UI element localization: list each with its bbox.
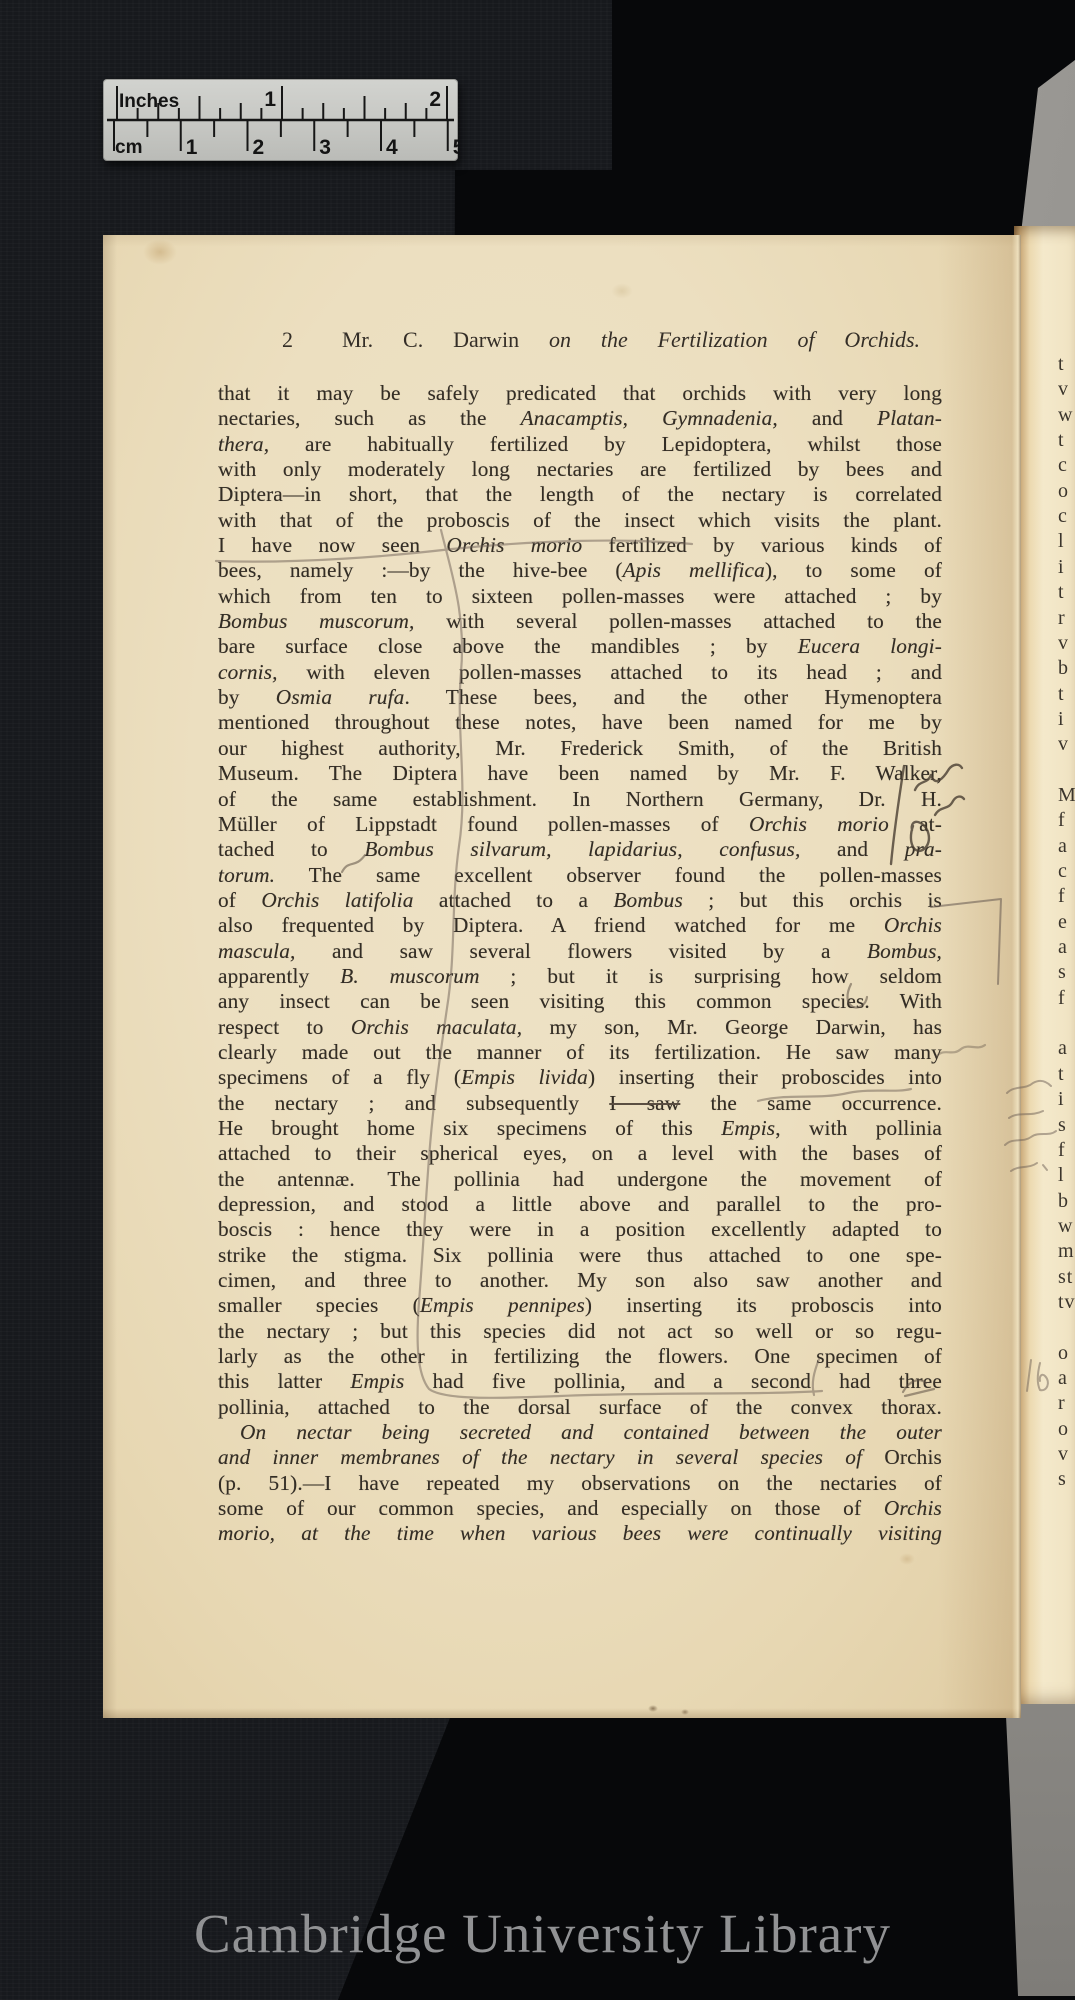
text-line: cornis, with eleven pollen-masses attach… [218, 660, 942, 685]
ruler-number: 1 [264, 88, 276, 111]
text-line: tached to Bombus silvarum, lapidarius, c… [218, 837, 942, 862]
text-line: of Orchis latifolia attached to a Bombus… [218, 888, 942, 913]
facing-page-partial-letter: w [1058, 405, 1075, 425]
facing-page-partial-letter: i [1058, 1089, 1075, 1109]
facing-page-partial-letter: f [1058, 810, 1075, 830]
facing-page-partial-letter: t [1058, 430, 1075, 450]
text-line: clearly made out the manner of its ferti… [218, 1040, 942, 1065]
facing-page-partial-letter: a [1058, 836, 1075, 856]
text-line: this latter Empis had five pollinia, and… [218, 1369, 942, 1394]
ruler-number: 1 [186, 136, 198, 159]
text-line: pollinia, attached to the dorsal surface… [218, 1395, 942, 1420]
text-line: bees, namely :—by the hive-bee (Apis mel… [218, 558, 942, 583]
text-line: larly as the other in fertilizing the fl… [218, 1344, 942, 1369]
facing-page-partial-letter: v [1058, 633, 1075, 653]
ruler-number: 2 [253, 136, 265, 159]
book-scan-stage: tvwtcoclitrvbtivMfacfeasfatisflbwmsttvoa… [0, 0, 1075, 2000]
facing-page-partial-letter: c [1058, 506, 1075, 526]
facing-page-partial-letter: o [1058, 481, 1075, 501]
text-line: I have now seen Orchis morio fertilized … [218, 533, 942, 558]
text-line: the antennæ. The pollinia had undergone … [218, 1167, 942, 1192]
text-line: smaller species (Empis pennipes) inserti… [218, 1293, 942, 1318]
facing-page-partial-letter: s [1058, 1115, 1075, 1135]
running-header: Mr. C. Darwin on the Fertilization of Or… [342, 327, 920, 353]
text-line: nectaries, such as the Anacamptis, Gymna… [218, 406, 942, 431]
text-line: that it may be safely predicated that or… [218, 381, 942, 406]
facing-page-partial-letter: l [1058, 531, 1075, 551]
facing-page-partial-letter: s [1058, 962, 1075, 982]
text-line: mascula, and saw several flowers visited… [218, 939, 942, 964]
book-page: 2 Mr. C. Darwin on the Fertilization of … [103, 235, 1021, 1718]
facing-page-partial-letter: o [1058, 1419, 1075, 1439]
facing-page-partial-letter: v [1058, 734, 1075, 754]
text-line: Museum. The Diptera have been named by M… [218, 761, 942, 786]
facing-page-partial-letter: a [1058, 1038, 1075, 1058]
text-line: bare surface close above the mandibles ;… [218, 634, 942, 659]
facing-page-partial-letter: M [1058, 785, 1075, 805]
facing-page-partial-letter: t [1058, 582, 1075, 602]
text-line: the nectary ; and subsequently I saw the… [218, 1091, 942, 1116]
foxing-stain [648, 1705, 658, 1712]
text-line: torum. The same excellent observer found… [218, 863, 942, 888]
next-page-edge: tvwtcoclitrvbtivMfacfeasfatisflbwmsttvoa… [1014, 226, 1075, 1704]
facing-page-partial-letter: m [1058, 1241, 1075, 1261]
facing-page-partial-letter: f [1058, 988, 1075, 1008]
facing-page-partial-letter: c [1058, 455, 1075, 475]
facing-page-partial-letter: v [1058, 379, 1075, 399]
facing-page-partial-letter: a [1058, 1368, 1075, 1388]
text-line: morio, at the time when various bees wer… [218, 1521, 942, 1546]
foxing-stain [143, 239, 177, 265]
running-header-title: on the Fertilization of Orchids. [549, 327, 920, 352]
text-line: Diptera—in short, that the length of the… [218, 482, 942, 507]
text-line: specimens of a fly (Empis livida) insert… [218, 1065, 942, 1090]
text-line: and inner membranes of the nectary in se… [218, 1445, 942, 1470]
text-line: attached to their spherical eyes, on a l… [218, 1141, 942, 1166]
text-line: apparently B. muscorum ; but it is surpr… [218, 964, 942, 989]
text-line: also frequented by Diptera. A friend wat… [218, 913, 942, 938]
text-line: strike the stigma. Six pollinia were thu… [218, 1243, 942, 1268]
facing-page-partial-letter: r [1058, 608, 1075, 628]
facing-page-partial-letter: t [1058, 354, 1075, 374]
text-line: thera, are habitually fertilized by Lepi… [218, 432, 942, 457]
facing-page-partial-letter: b [1058, 658, 1075, 678]
foxing-stain [899, 1553, 915, 1565]
running-header-author: Mr. C. Darwin [342, 327, 549, 352]
facing-page-partial-letter: r [1058, 1393, 1075, 1413]
facing-page-partial-letter: t [1058, 684, 1075, 704]
text-line: the nectary ; but this species did not a… [218, 1319, 942, 1344]
text-line: Müller of Lippstadt found pollen-masses … [218, 812, 942, 837]
foxing-stain [681, 1709, 689, 1715]
facing-page-partial-letter: w [1058, 1216, 1075, 1236]
facing-page-partial-letter: i [1058, 709, 1075, 729]
facing-page-partial-letter: c [1058, 861, 1075, 881]
text-line: boscis : hence they were in a position e… [218, 1217, 942, 1242]
ruler-number: 4 [386, 136, 398, 159]
measurement-ruler: Inches cm 1212345 [103, 79, 458, 161]
library-watermark: Cambridge University Library [0, 1902, 1075, 1965]
facing-page-partial-letter: st [1058, 1267, 1075, 1287]
facing-page-partial-letter: v [1058, 1444, 1075, 1464]
text-line: Bombus muscorum, with several pollen-mas… [218, 609, 942, 634]
text-line: cimen, and three to another. My son also… [218, 1268, 942, 1293]
ruler-inches-label: Inches [119, 91, 179, 112]
facing-page-partial-letter: s [1058, 1469, 1075, 1489]
page-number: 2 [282, 327, 293, 353]
text-line: mentioned throughout these notes, have b… [218, 710, 942, 735]
facing-page-partial-letter: f [1058, 1140, 1075, 1160]
text-line: respect to Orchis maculata, my son, Mr. … [218, 1015, 942, 1040]
text-line: which from ten to sixteen pollen-masses … [218, 584, 942, 609]
facing-page-partial-letter: l [1058, 1165, 1075, 1185]
ruler-number: 3 [319, 136, 331, 159]
ruler-cm-label: cm [115, 137, 142, 158]
text-line: by Osmia rufa. These bees, and the other… [218, 685, 942, 710]
facing-page-partial-letter: t [1058, 1064, 1075, 1084]
text-line: our highest authority, Mr. Frederick Smi… [218, 736, 942, 761]
facing-page-partial-letter: b [1058, 1191, 1075, 1211]
text-line: depression, and stood a little above and… [218, 1192, 942, 1217]
ruler-number: 2 [429, 88, 441, 111]
ruler-numbers: 1212345 [186, 88, 458, 159]
ruler-number: 5 [453, 136, 458, 159]
facing-page-partial-letter: a [1058, 937, 1075, 957]
text-line: of the same establishment. In Northern G… [218, 787, 942, 812]
text-line: He brought home six specimens of this Em… [218, 1116, 942, 1141]
text-line: with only moderately long nectaries are … [218, 457, 942, 482]
text-line: On nectar being secreted and contained b… [218, 1420, 942, 1445]
facing-page-partial-letter: o [1058, 1343, 1075, 1363]
body-text: that it may be safely predicated that or… [218, 381, 942, 1547]
text-line: any insect can be seen visiting this com… [218, 989, 942, 1014]
facing-page-partial-letter: tv [1058, 1292, 1075, 1312]
foxing-stain [611, 283, 633, 299]
text-line: some of our common species, and especial… [218, 1496, 942, 1521]
text-line: with that of the proboscis of the insect… [218, 508, 942, 533]
facing-page-partial-letter: i [1058, 557, 1075, 577]
text-line: (p. 51).—I have repeated my observations… [218, 1471, 942, 1496]
facing-page-partial-letter: f [1058, 886, 1075, 906]
facing-page-partial-letter: e [1058, 912, 1075, 932]
